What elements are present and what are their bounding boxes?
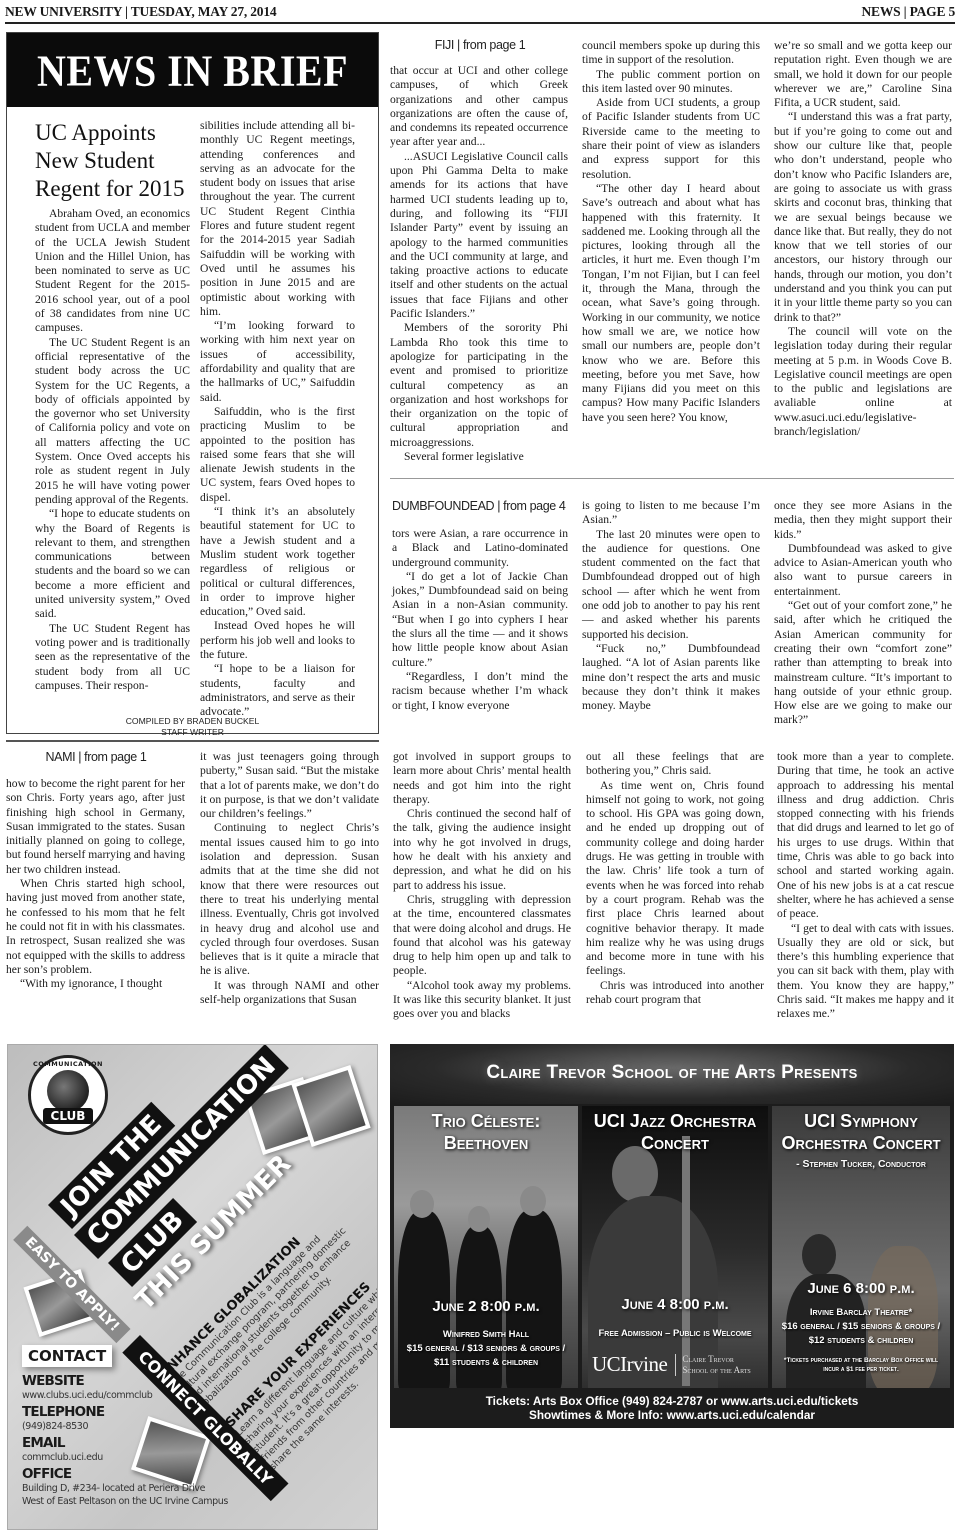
paragraph: “I hope to educate students on why the B… (35, 507, 190, 621)
jump-label-fiji: FIJI | from page 1 (390, 38, 570, 52)
paragraph: It was through NAMI and other self-help … (200, 979, 379, 1008)
paragraph: tors were Asian, a rare occurrence in a … (392, 527, 568, 570)
paragraph: Saifuddin, who is the first practicing M… (200, 405, 355, 505)
showtimes-line[interactable]: Showtimes & More Info: www.arts.uci.edu/… (390, 1408, 954, 1422)
paragraph: “I hope to be a liaison for students, fa… (200, 662, 355, 719)
paragraph: Instead Oved hopes he will perform his j… (200, 619, 355, 662)
contact-header: CONTACT (22, 1345, 112, 1367)
nami-column-1: how to become the right parent for her s… (6, 777, 185, 991)
article-column-2: sibilities include attending all bi-mont… (200, 119, 355, 719)
paragraph: Abraham Oved, an economics student from … (35, 207, 190, 336)
paragraph: council members spoke up during this tim… (582, 39, 760, 68)
event-conductor: - Stephen Tucker, Conductor (772, 1158, 950, 1170)
paragraph: “The other day I heard about Save’s outr… (582, 182, 760, 425)
paragraph: The council will vote on the legislation… (774, 325, 952, 439)
paragraph: “Fuck no,” Dumbfoundead laughed. “A lot … (582, 642, 760, 713)
masthead-publication-date: NEW UNIVERSITY | TUESDAY, MAY 27, 2014 (5, 4, 276, 20)
paragraph: The public comment portion on this item … (582, 68, 760, 97)
musician-head (612, 1146, 658, 1202)
event-date: June 6 8:00 p.m. (772, 1280, 950, 1297)
paragraph: out all these feelings that are botherin… (586, 750, 764, 779)
paragraph: Chris, struggling with depression at the… (393, 893, 571, 979)
ticket-line[interactable]: Tickets: Arts Box Office (949) 824-2787 … (390, 1394, 954, 1408)
uci-logo-wordmark: UCIrvine (592, 1352, 667, 1377)
news-in-brief-title: NEWS IN BRIEF (37, 44, 348, 97)
contact-block: CONTACT WEBSITE www.clubs.uci.edu/commcl… (22, 1345, 222, 1508)
school-logo-wordmark: Claire Trevor School of the Arts (675, 1354, 750, 1376)
byline: COMPILED BY BRADEN BUCKEL STAFF WRITER (7, 716, 378, 737)
article-headline: UC Appoints New Student Regent for 2015 (35, 119, 195, 203)
paragraph: “Regardless, I don’t mind the racism bec… (392, 670, 568, 713)
event-info: Free Admission – Public is Welcome (582, 1327, 768, 1341)
email-value[interactable]: commclub.uci.edu (22, 1451, 222, 1464)
office-label: OFFICE (22, 1466, 222, 1482)
paragraph: how to become the right parent for her s… (6, 777, 185, 877)
paragraph: The UC Student Regent has voting power a… (35, 622, 190, 693)
paragraph: it was just teenagers going through pube… (200, 750, 379, 821)
paragraph: sibilities include attending all bi-mont… (200, 119, 355, 319)
paragraph: “I get to deal with cats with issues. Us… (777, 922, 954, 1022)
event-title: UCI Jazz Orchestra Concert (582, 1110, 768, 1154)
paragraph: “I’m looking forward to working with him… (200, 319, 355, 405)
office-address-line2: West of East Peltason on the UC Irvine C… (22, 1495, 222, 1508)
arts-ad-title: Claire Trevor School of the Arts Present… (390, 1062, 954, 1084)
event-info: Irvine Barclay Theatre* $16 general / $1… (772, 1306, 950, 1348)
logo-ring-text: COMMUNICATION (33, 1060, 103, 1068)
page-masthead: NEW UNIVERSITY | TUESDAY, MAY 27, 2014 N… (5, 4, 955, 24)
jump-label-nami: NAMI | from page 1 (6, 750, 186, 764)
paragraph: “I do get a lot of Jackie Chan jokes,” D… (392, 570, 568, 670)
ticket-info: Tickets: Arts Box Office (949) 824-2787 … (390, 1394, 954, 1422)
paragraph: Several former legislative (390, 450, 568, 464)
section-divider (6, 740, 379, 742)
event-info: Winifred Smith Hall $15 general / $13 se… (394, 1328, 578, 1370)
paragraph: “Alcohol took away my problems. It was l… (393, 979, 571, 1022)
paragraph: that occur at UCI and other college camp… (390, 64, 568, 150)
musician-head (802, 1234, 836, 1276)
paragraph: once they see more Asians in the media, … (774, 499, 952, 542)
event-panel-trio-celeste: Trio Céleste: Beethoven June 2 8:00 p.m.… (394, 1106, 578, 1388)
paragraph: “With my ignorance, I thought (6, 977, 185, 991)
news-in-brief-banner: NEWS IN BRIEF (7, 33, 378, 107)
nami-column-5: took more than a year to complete. Durin… (777, 750, 954, 1022)
paragraph: The UC Student Regent is an official rep… (35, 336, 190, 508)
paragraph: As time went on, Chris found himself not… (586, 779, 764, 979)
paragraph: we’re so small and we gotta keep our rep… (774, 39, 952, 110)
nami-column-4: out all these feelings that are botherin… (586, 750, 764, 1007)
globe-icon (47, 1070, 89, 1112)
upright-bass-neck (682, 1136, 690, 1386)
event-panel-jazz-orchestra: UCI Jazz Orchestra Concert June 4 8:00 p… (582, 1106, 768, 1388)
paragraph: “I understand this was a frat party, but… (774, 110, 952, 324)
fiji-column-3: we’re so small and we gotta keep our rep… (774, 39, 952, 439)
telephone-label: TELEPHONE (22, 1404, 222, 1420)
paragraph: Members of the sorority Phi Lambda Rho t… (390, 321, 568, 450)
dumbfoundead-column-3: once they see more Asians in the media, … (774, 499, 952, 728)
paragraph: “I think it’s an absolutely beautiful st… (200, 505, 355, 619)
paragraph: Chris was introduced into another rehab … (586, 979, 764, 1008)
event-title: Trio Céleste: Beethoven (394, 1110, 578, 1154)
news-in-brief-box: NEWS IN BRIEF UC Appoints New Student Re… (6, 32, 379, 734)
communication-club-logo: COMMUNICATION CLUB (28, 1055, 108, 1135)
byline-author: COMPILED BY BRADEN BUCKEL (7, 716, 378, 727)
arts-concerts-ad: Claire Trevor School of the Arts Present… (390, 1044, 954, 1428)
event-title: UCI Symphony Orchestra Concert (772, 1110, 950, 1154)
nami-column-3: got involved in support groups to learn … (393, 750, 571, 1022)
masthead-section-page: NEWS | PAGE 5 (861, 4, 955, 20)
uci-arts-logo: UCIrvine Claire Trevor School of the Art… (592, 1352, 751, 1377)
byline-title: STAFF WRITER (7, 727, 378, 738)
office-address-line1: Building D, #234- located at Periera Dri… (22, 1482, 222, 1495)
section-divider (390, 478, 954, 479)
website-label: WEBSITE (22, 1373, 222, 1389)
logo-banner-text: CLUB (43, 1108, 94, 1124)
event-date: June 2 8:00 p.m. (394, 1298, 578, 1315)
paragraph: ...ASUCI Legislative Council calls upon … (390, 150, 568, 322)
dumbfoundead-column-1: tors were Asian, a rare occurrence in a … (392, 527, 568, 713)
paragraph: Continuing to neglect Chris’s mental iss… (200, 821, 379, 978)
communication-club-ad: COMMUNICATION CLUB JOIN THE COMMUNICATIO… (7, 1044, 378, 1530)
paragraph: The last 20 minutes were open to the aud… (582, 528, 760, 642)
paragraph: took more than a year to complete. Durin… (777, 750, 954, 922)
email-label: EMAIL (22, 1435, 222, 1451)
dumbfoundead-column-2: is going to listen to me because I’m Asi… (582, 499, 760, 713)
paragraph: is going to listen to me because I’m Asi… (582, 499, 760, 528)
article-column-1: Abraham Oved, an economics student from … (35, 207, 190, 693)
event-panel-symphony-orchestra: UCI Symphony Orchestra Concert - Stephen… (772, 1106, 950, 1388)
event-date: June 4 8:00 p.m. (582, 1296, 768, 1313)
telephone-value: (949)824-8530 (22, 1420, 222, 1433)
nami-column-2: it was just teenagers going through pube… (200, 750, 379, 1007)
jump-label-dumbfoundead: DUMBFOUNDEAD | from page 4 (392, 499, 572, 513)
paragraph: “Get out of your comfort zone,” he said,… (774, 599, 952, 728)
paragraph: Dumbfoundead was asked to give advice to… (774, 542, 952, 599)
paragraph: Aside from UCI students, a group of Paci… (582, 96, 760, 182)
website-link[interactable]: www.clubs.uci.edu/commclub (22, 1389, 222, 1402)
event-footnote: *Tickets purchased at the Barclay Box Of… (772, 1356, 950, 1374)
fiji-column-2: council members spoke up during this tim… (582, 39, 760, 425)
fiji-column-1: that occur at UCI and other college camp… (390, 64, 568, 464)
paragraph: got involved in support groups to learn … (393, 750, 571, 807)
paragraph: Chris continued the second half of the t… (393, 807, 571, 893)
paragraph: When Chris started high school, having j… (6, 877, 185, 977)
